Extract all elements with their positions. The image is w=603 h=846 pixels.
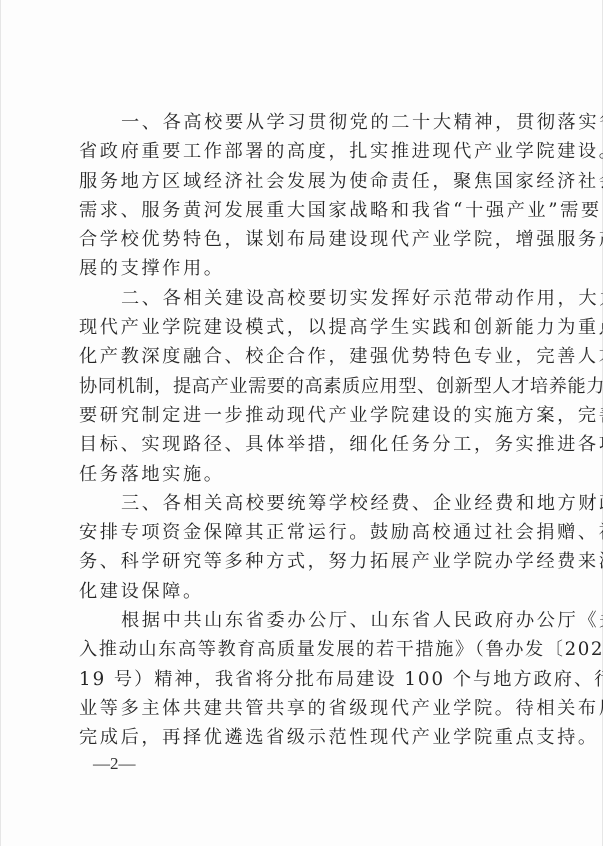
- paragraph-4: 根据中共山东省委办公厅、山东省人民政府办公厅《关于深 入推动山东高等教育高质量发…: [79, 606, 525, 752]
- text-line: 19 号）精神，我省将分批布局建设 100 个与地方政府、行业企: [79, 665, 525, 694]
- text-line: 服务地方区域经济社会发展为使命责任，聚焦国家经济社会发展: [79, 167, 525, 196]
- text-line: 要研究制定进一步推动现代产业学院建设的实施方案，完善建设: [79, 401, 525, 430]
- text-line: 展的支撑作用。: [79, 254, 525, 283]
- text-line: 任务落地实施。: [79, 460, 525, 489]
- text-line: 安排专项资金保障其正常运行。鼓励高校通过社会捐赠、社会服: [79, 518, 525, 547]
- text-line: 业等多主体共建共管共享的省级现代产业学院。待相关布局工作: [79, 694, 525, 723]
- text-line: 三、各相关高校要统筹学校经费、企业经费和地方财政经费，: [79, 489, 525, 518]
- text-line: 一、各高校要从学习贯彻党的二十大精神，贯彻落实省委、: [79, 108, 525, 137]
- text-line: 省政府重要工作部署的高度，扎实推进现代产业学院建设。要以: [79, 137, 525, 166]
- paragraph-2: 二、各相关建设高校要切实发挥好示范带动作用，大力探索 现代产业学院建设模式，以提…: [79, 284, 525, 489]
- text-line: 化产教深度融合、校企合作，建强优势特色专业，完善人才培养: [79, 342, 525, 371]
- text-line: 目标、实现路径、具体举措，细化任务分工，务实推进各项建设: [79, 430, 525, 459]
- text-line: 合学校优势特色，谋划布局建设现代产业学院，增强服务产业发: [79, 225, 525, 254]
- text-line: 根据中共山东省委办公厅、山东省人民政府办公厅《关于深: [79, 606, 525, 635]
- document-body: 一、各高校要从学习贯彻党的二十大精神，贯彻落实省委、 省政府重要工作部署的高度，…: [79, 108, 525, 753]
- text-line: 入推动山东高等教育高质量发展的若干措施》（鲁办发〔2022〕: [79, 635, 525, 664]
- text-line: 现代产业学院建设模式，以提高学生实践和创新能力为重点，深: [79, 313, 525, 342]
- text-line: 二、各相关建设高校要切实发挥好示范带动作用，大力探索: [79, 284, 525, 313]
- document-page: 一、各高校要从学习贯彻党的二十大精神，贯彻落实省委、 省政府重要工作部署的高度，…: [0, 0, 603, 846]
- text-line: 需求、服务黄河发展重大国家战略和我省“十强产业”需要，结: [79, 196, 525, 225]
- text-line: 协同机制，提高产业需要的高素质应用型、创新型人才培养能力。: [79, 372, 525, 401]
- paragraph-1: 一、各高校要从学习贯彻党的二十大精神，贯彻落实省委、 省政府重要工作部署的高度，…: [79, 108, 525, 284]
- page-number: —2—: [93, 754, 136, 774]
- text-line: 完成后，再择优遴选省级示范性现代产业学院重点支持。: [79, 723, 525, 752]
- text-line: 务、科学研究等多种方式，努力拓展产业学院办学经费来源，强: [79, 547, 525, 576]
- paragraph-3: 三、各相关高校要统筹学校经费、企业经费和地方财政经费， 安排专项资金保障其正常运…: [79, 489, 525, 606]
- text-line: 化建设保障。: [79, 577, 525, 606]
